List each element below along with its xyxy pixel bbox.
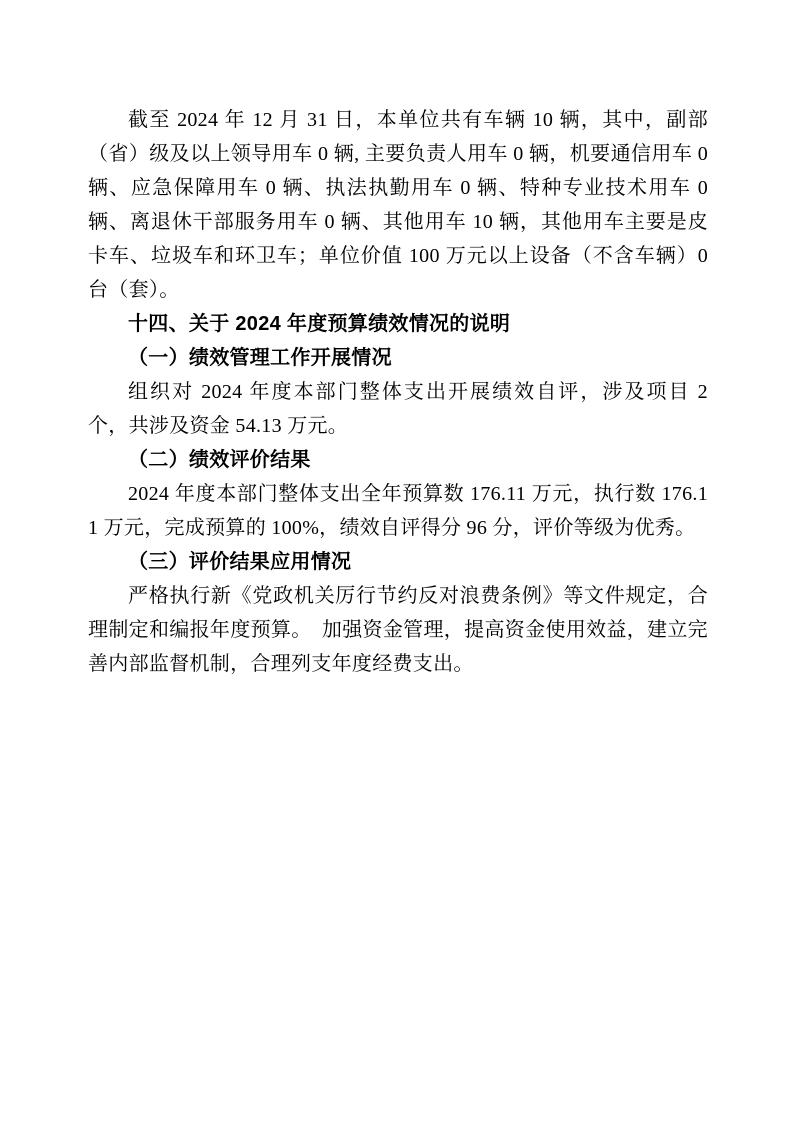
heading-sub-3-result-application: （三）评价结果应用情况 [88, 545, 708, 579]
heading-sub-2-evaluation-result: （二）绩效评价结果 [88, 443, 708, 477]
para-result-application-detail: 严格执行新《党政机关厉行节约反对浪费条例》等文件规定，合理制定和编报年度预算。 … [88, 579, 708, 681]
heading-sub-1-performance-management: （一）绩效管理工作开展情况 [88, 341, 708, 375]
para-vehicle-and-equipment-status: 截至 2024 年 12 月 31 日，本单位共有车辆 10 辆，其中，副部（省… [88, 103, 708, 307]
document-body: 截至 2024 年 12 月 31 日，本单位共有车辆 10 辆，其中，副部（省… [88, 103, 708, 681]
heading-section-14-budget-performance: 十四、关于 2024 年度预算绩效情况的说明 [88, 307, 708, 341]
document-page: 截至 2024 年 12 月 31 日，本单位共有车辆 10 辆，其中，副部（省… [0, 0, 793, 1122]
para-performance-self-evaluation: 组织对 2024 年度本部门整体支出开展绩效自评，涉及项目 2 个，共涉及资金 … [88, 375, 708, 443]
para-evaluation-result-detail: 2024 年度本部门整体支出全年预算数 176.11 万元，执行数 176.11… [88, 477, 708, 545]
